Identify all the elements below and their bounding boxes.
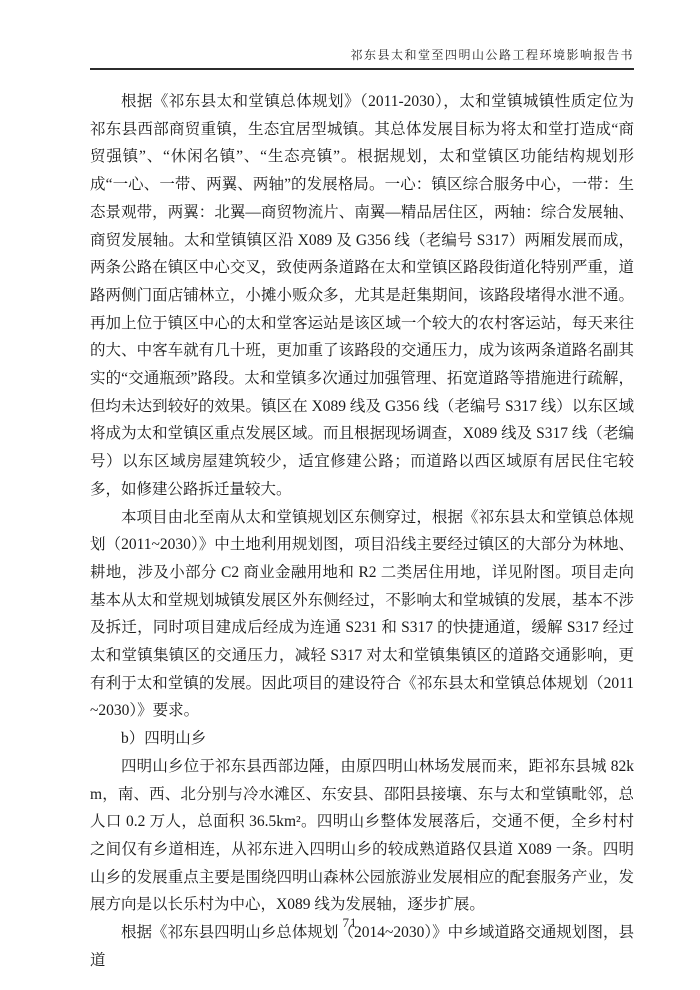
report-title: 祁东县太和堂至四明山公路工程环境影响报告书 [90, 0, 634, 68]
page-header: 祁东县太和堂至四明山公路工程环境影响报告书 [90, 0, 634, 70]
body-paragraph: 四明山乡位于祁东县西部边陲，由原四明山林场发展而来，距祁东县城 82km，南、西… [90, 753, 634, 919]
section-heading: b）四明山乡 [90, 725, 634, 753]
body-paragraph: 本项目由北至南从太和堂镇规划区东侧穿过，根据《祁东县太和堂镇总体规划（2011~… [90, 504, 634, 726]
document-page: 祁东县太和堂至四明山公路工程环境影响报告书 根据《祁东县太和堂镇总体规划》（20… [0, 0, 700, 990]
page-number: 71 [343, 915, 358, 930]
page-footer: 71 [0, 914, 700, 932]
document-body: 根据《祁东县太和堂镇总体规划》（2011-2030），太和堂镇城镇性质定位为祁东… [90, 88, 634, 975]
body-paragraph: 根据《祁东县太和堂镇总体规划》（2011-2030），太和堂镇城镇性质定位为祁东… [90, 88, 634, 504]
header-rule [90, 68, 634, 70]
